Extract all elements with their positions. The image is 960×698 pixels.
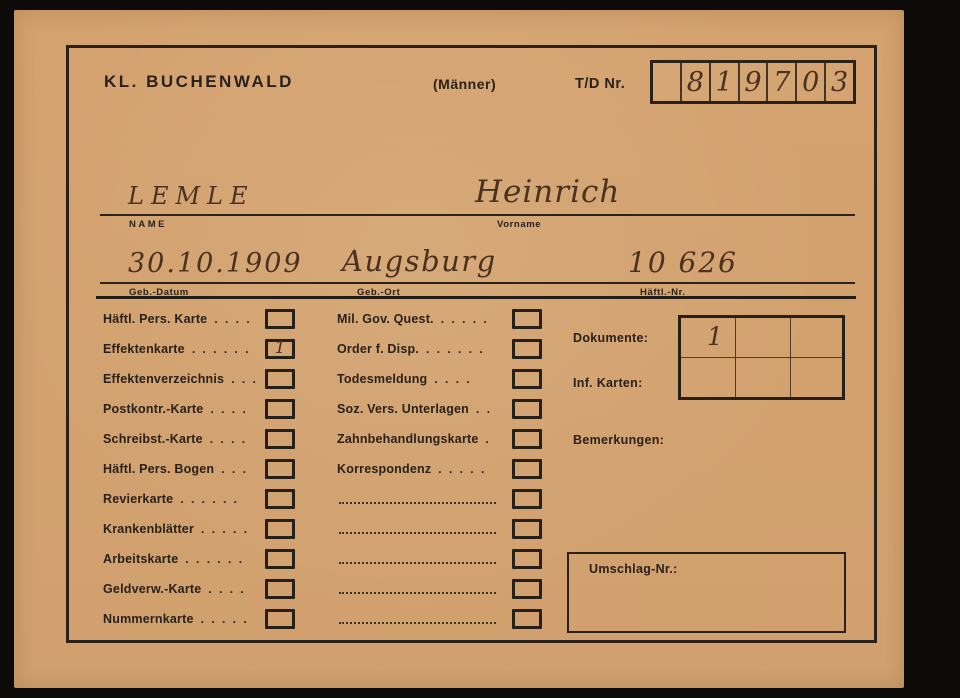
- document-scan: { "colors": { "scan_background": "#0c0b0…: [0, 0, 960, 698]
- checklist-row: Korrespondenz. . . . .: [337, 454, 542, 484]
- name-label: NAME: [129, 219, 167, 230]
- checkbox: [265, 309, 295, 329]
- index-card: KL. BUCHENWALD (Männer) T/D Nr. 8 1 9 7 …: [14, 10, 904, 688]
- checklist-row: Krankenblätter. . . . .: [103, 514, 295, 544]
- checkbox: [512, 579, 542, 599]
- checkbox: [512, 549, 542, 569]
- checklist-label: Geldverw.-Karte: [103, 582, 201, 596]
- checklist-label: Effektenkarte: [103, 342, 185, 356]
- leader-dots: . . . . . .: [426, 342, 485, 356]
- checkbox-mark: 1: [275, 340, 286, 357]
- td-number-label: T/D Nr.: [575, 76, 625, 92]
- checklist-row: Postkontr.-Karte. . . .: [103, 394, 295, 424]
- checklist-label: Postkontr.-Karte: [103, 402, 203, 416]
- checklist-row: Nummernkarte. . . . .: [103, 604, 295, 634]
- form-border: KL. BUCHENWALD (Männer) T/D Nr. 8 1 9 7 …: [66, 45, 877, 643]
- checkbox: [512, 339, 542, 359]
- checklist-left-column: Häftl. Pers. Karte. . . . Effektenkarte.…: [103, 304, 295, 634]
- bemerkungen-label: Bemerkungen:: [573, 433, 664, 447]
- gender-note: (Männer): [433, 76, 496, 92]
- checklist-row: Order f. Disp.. . . . . .: [337, 334, 542, 364]
- checkbox: [512, 519, 542, 539]
- name-rule: [100, 214, 855, 216]
- leader-dots: . . . . . .: [185, 552, 244, 566]
- vorname-label: Vorname: [497, 219, 541, 230]
- td-cell: 1: [709, 63, 738, 101]
- checklist-blank-row: [337, 514, 542, 544]
- checklist-label: Soz. Vers. Unterlagen: [337, 402, 469, 416]
- td-number-box: 8 1 9 7 0 3: [650, 60, 856, 104]
- checkbox: [512, 489, 542, 509]
- checkbox: [512, 369, 542, 389]
- checklist-blank-row: [337, 604, 542, 634]
- checklist-row: Effektenkarte. . . . . . 1: [103, 334, 295, 364]
- checklist-row: Geldverw.-Karte. . . .: [103, 574, 295, 604]
- checklist-label: Krankenblätter: [103, 522, 194, 536]
- td-cell: 9: [738, 63, 767, 101]
- checkbox: 1: [265, 339, 295, 359]
- checklist-row: Soz. Vers. Unterlagen. .: [337, 394, 542, 424]
- checklist-row: Todesmeldung. . . .: [337, 364, 542, 394]
- checkbox: [512, 429, 542, 449]
- checklist-label: Nummernkarte: [103, 612, 194, 626]
- checkbox: [265, 459, 295, 479]
- checklist-label: Häftl. Pers. Karte: [103, 312, 207, 326]
- inf-karten-label: Inf. Karten:: [573, 376, 643, 390]
- td-cell: 0: [795, 63, 824, 101]
- checklist-label: Arbeitskarte: [103, 552, 178, 566]
- checkbox: [265, 489, 295, 509]
- grid-line: [681, 357, 842, 358]
- checklist-blank-row: [337, 574, 542, 604]
- checklist-row: Effektenverzeichnis. . .: [103, 364, 295, 394]
- leader-dots: .: [486, 432, 491, 446]
- checklist-label: Zahnbehandlungskarte: [337, 432, 479, 446]
- checkbox: [265, 399, 295, 419]
- blank-dotted-line: [339, 591, 496, 594]
- leader-dots: . . . . .: [201, 612, 249, 626]
- checkbox: [265, 429, 295, 449]
- blank-dotted-line: [339, 501, 496, 504]
- vorname-value: Heinrich: [475, 174, 620, 210]
- checklist-row: Revierkarte. . . . . .: [103, 484, 295, 514]
- dokumente-label: Dokumente:: [573, 331, 648, 345]
- leader-dots: . . . . . .: [180, 492, 239, 506]
- checklist-label: Mil. Gov. Quest.: [337, 312, 434, 326]
- leader-dots: . . . . .: [441, 312, 489, 326]
- dokumente-grid: 1: [678, 315, 845, 400]
- leader-dots: . .: [476, 402, 492, 416]
- checkbox: [512, 459, 542, 479]
- blank-dotted-line: [339, 561, 496, 564]
- birth-rule: [100, 282, 855, 284]
- checklist-label: Order f. Disp.: [337, 342, 419, 356]
- name-value: LEMLE: [128, 182, 255, 210]
- checklist-blank-row: [337, 544, 542, 574]
- checkbox: [265, 609, 295, 629]
- geb-datum-value: 30.10.1909: [128, 248, 303, 279]
- checklist-middle-column: Mil. Gov. Quest.. . . . . Order f. Disp.…: [337, 304, 542, 634]
- dokumente-grid-mark: 1: [707, 322, 723, 351]
- haeftl-nr-value: 10 626: [628, 246, 738, 279]
- leader-dots: . . . . .: [201, 522, 249, 536]
- td-cell: 8: [680, 63, 709, 101]
- leader-dots: . . . . .: [438, 462, 486, 476]
- umschlag-box: Umschlag-Nr.:: [567, 552, 846, 633]
- checklist-label: Revierkarte: [103, 492, 173, 506]
- umschlag-label: Umschlag-Nr.:: [589, 562, 678, 576]
- checkbox: [265, 549, 295, 569]
- checklist-row: Arbeitskarte. . . . . .: [103, 544, 295, 574]
- camp-title: KL. BUCHENWALD: [104, 72, 294, 92]
- checkbox: [265, 579, 295, 599]
- checkbox: [512, 309, 542, 329]
- checklist-row: Mil. Gov. Quest.. . . . .: [337, 304, 542, 334]
- geb-ort-value: Augsburg: [342, 244, 497, 278]
- leader-dots: . . . .: [434, 372, 471, 386]
- leader-dots: . . . .: [208, 582, 245, 596]
- checklist-label: Todesmeldung: [337, 372, 427, 386]
- checklist-row: Häftl. Pers. Bogen. . .: [103, 454, 295, 484]
- leader-dots: . . . .: [210, 402, 247, 416]
- blank-dotted-line: [339, 531, 496, 534]
- checklist-label: Schreibst.-Karte: [103, 432, 203, 446]
- td-cell: 7: [766, 63, 795, 101]
- checklist-row: Häftl. Pers. Karte. . . .: [103, 304, 295, 334]
- checklist-row: Zahnbehandlungskarte.: [337, 424, 542, 454]
- leader-dots: . . . .: [214, 312, 251, 326]
- checkbox: [265, 369, 295, 389]
- checklist-blank-row: [337, 484, 542, 514]
- checkbox: [265, 519, 295, 539]
- checkbox: [512, 399, 542, 419]
- checklist-label: Häftl. Pers. Bogen: [103, 462, 214, 476]
- leader-dots: . . . .: [210, 432, 247, 446]
- leader-dots: . . .: [231, 372, 258, 386]
- section-divider: [96, 296, 856, 299]
- checkbox: [512, 609, 542, 629]
- checklist-label: Korrespondenz: [337, 462, 431, 476]
- leader-dots: . . . . . .: [192, 342, 251, 356]
- checklist-row: Schreibst.-Karte. . . .: [103, 424, 295, 454]
- td-cell: 3: [824, 63, 853, 101]
- blank-dotted-line: [339, 621, 496, 624]
- leader-dots: . . .: [221, 462, 248, 476]
- checklist-label: Effektenverzeichnis: [103, 372, 224, 386]
- td-cell: [653, 63, 680, 101]
